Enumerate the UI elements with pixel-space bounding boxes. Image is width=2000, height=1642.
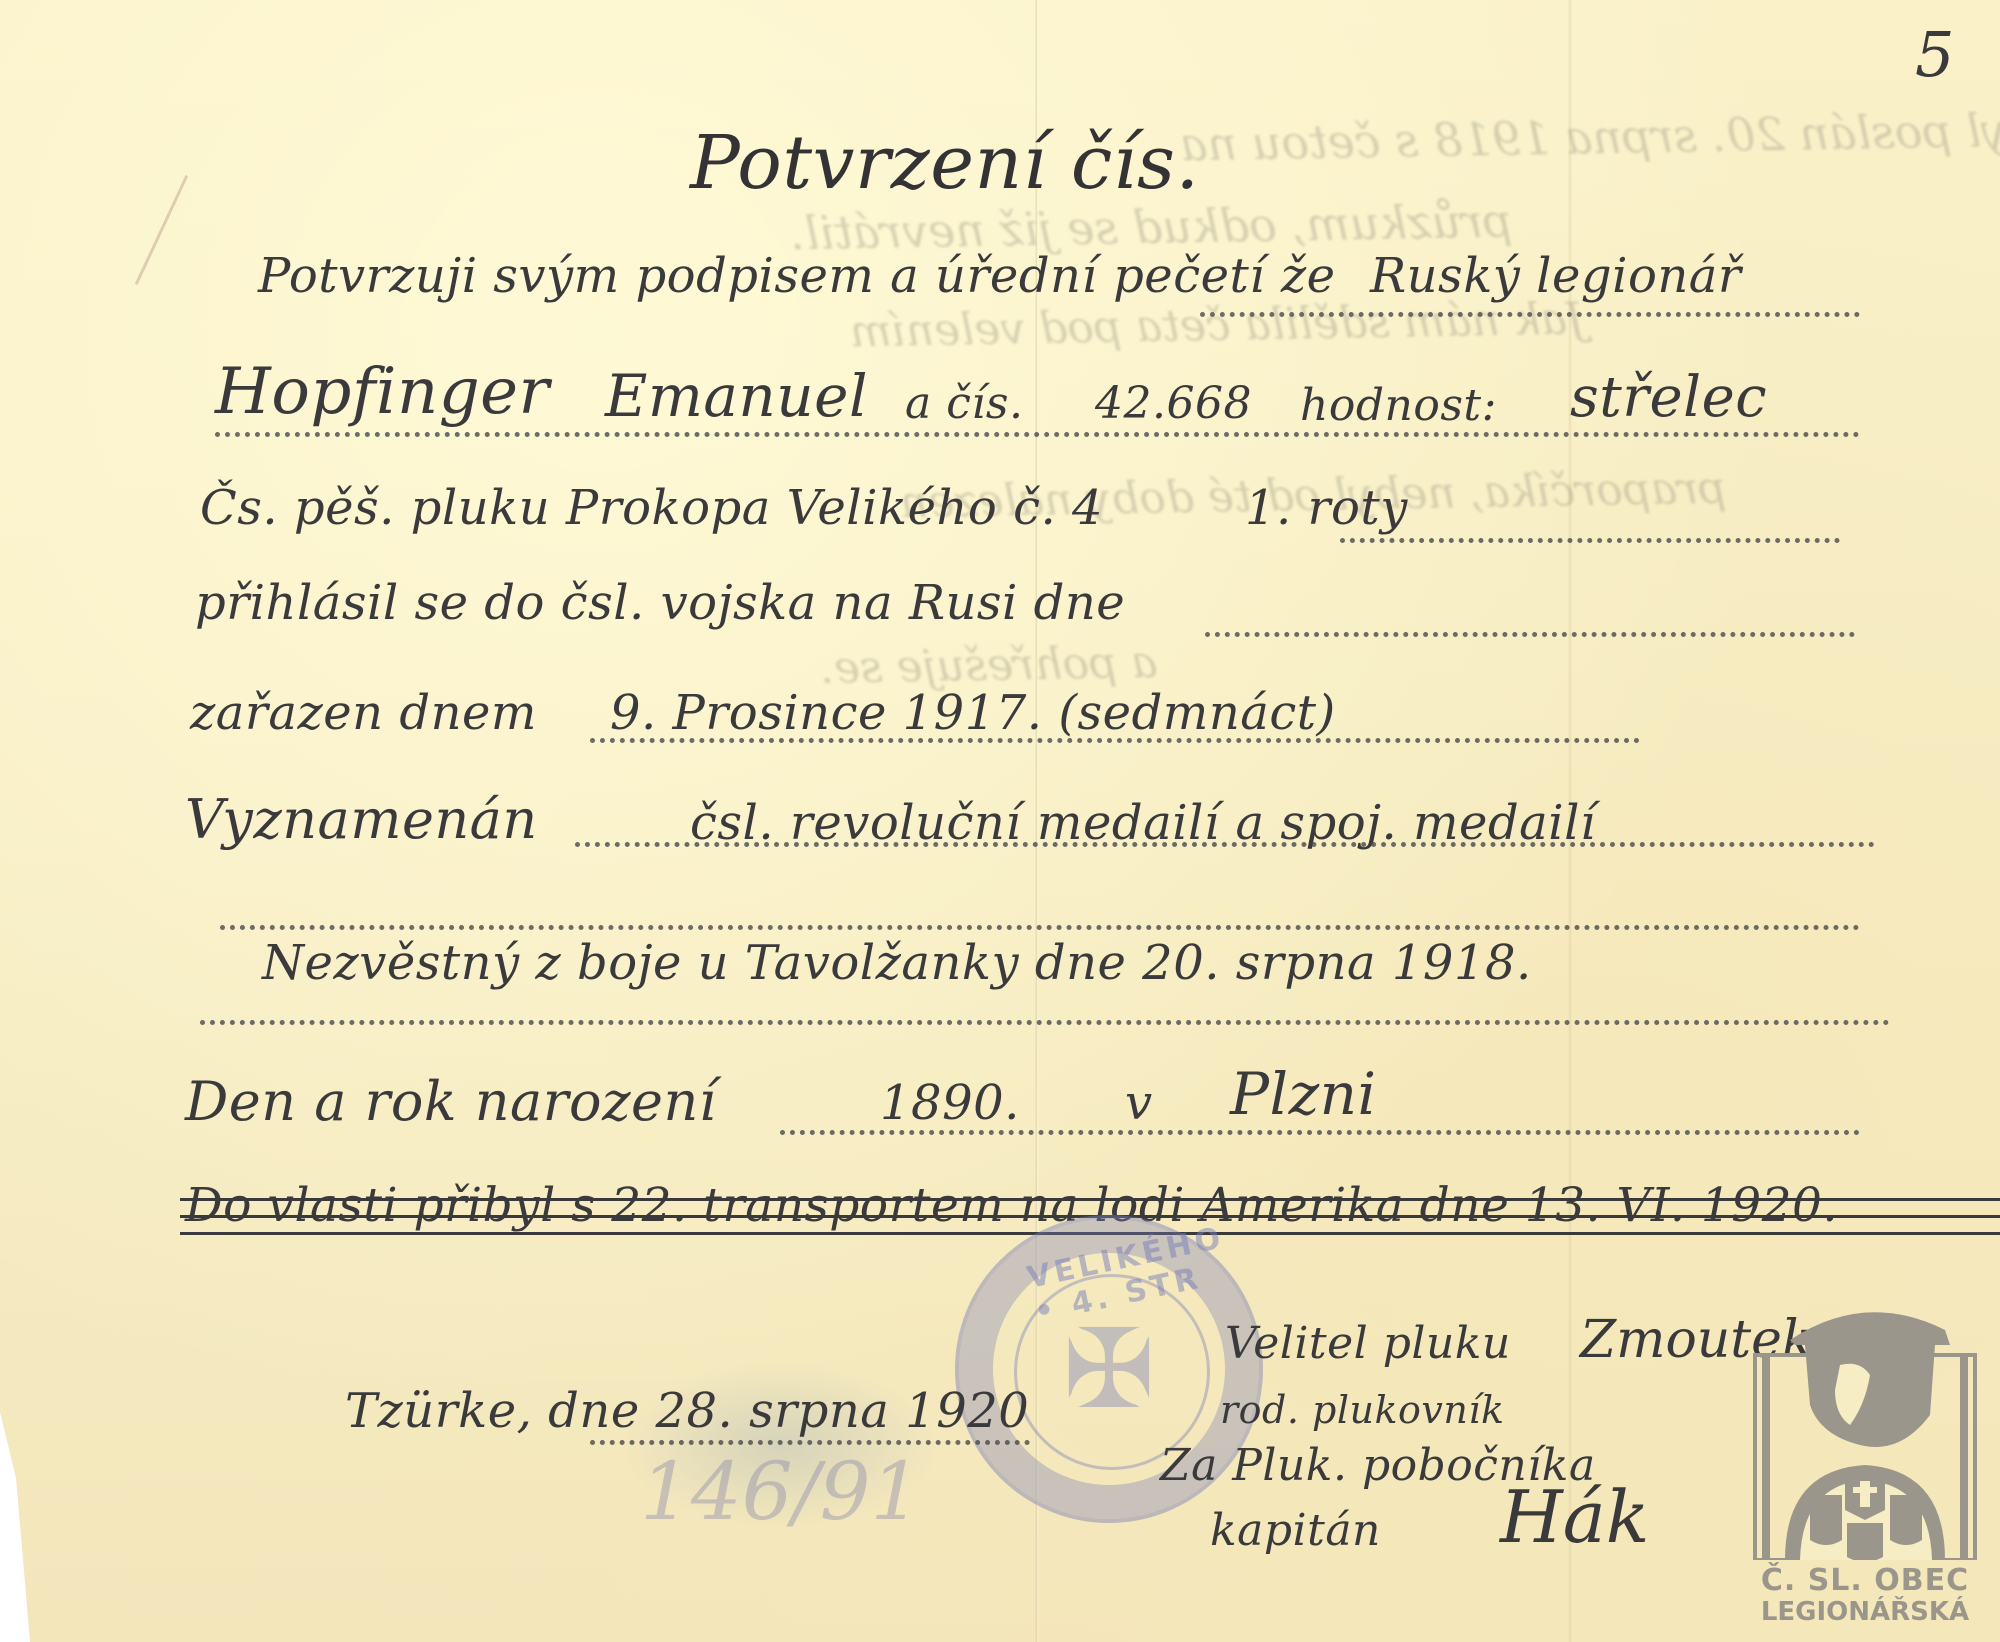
legion-watermark-logo: Č. SL. OBEC LEGIONÁŘSKÁ bbox=[1750, 1295, 1980, 1635]
unit-value: Čs. pěš. pluku Prokopa Velikého č. 4 bbox=[200, 480, 1103, 536]
dotted-fill-line bbox=[590, 1440, 1030, 1445]
number-label: a čís. bbox=[905, 378, 1024, 429]
dotted-fill-line bbox=[780, 1130, 1860, 1135]
rank-label: hodnost: bbox=[1300, 380, 1497, 431]
adjutant-rank: kapitán bbox=[1210, 1505, 1381, 1556]
assigned-value: 9. Prosince 1917. (sedmnáct) bbox=[610, 685, 1336, 741]
pencil-annotation: 146/91 bbox=[640, 1445, 921, 1538]
dotted-fill-line bbox=[215, 432, 1860, 437]
enlisted-printed: přihlásil se do čsl. vojska na Rusi dne bbox=[195, 575, 1125, 631]
birth-place-prefix: v bbox=[1125, 1075, 1153, 1131]
given-name: Emanuel bbox=[605, 362, 868, 430]
logo-text-line2: LEGIONÁŘSKÁ bbox=[1750, 1597, 1980, 1627]
dotted-fill-line bbox=[1200, 312, 1860, 317]
commander-rank: rod. plukovník bbox=[1220, 1388, 1505, 1432]
eagle-emblem-icon: ✠ bbox=[1029, 1289, 1189, 1449]
place-and-date: Tzürke, dne 28. srpna 1920 bbox=[345, 1383, 1029, 1439]
strikethrough-line bbox=[180, 1198, 2000, 1201]
intro-printed: Potvrzuji svým podpisem a úřední pečetí … bbox=[258, 248, 1336, 304]
intro-filled: Ruský legionář bbox=[1370, 248, 1741, 304]
logo-text-line1: Č. SL. OBEC bbox=[1750, 1563, 1980, 1598]
dotted-fill-line bbox=[1340, 538, 1840, 543]
dotted-fill-line bbox=[590, 738, 1640, 743]
status-value: Nezvěstný z boje u Tavolžanky dne 20. sr… bbox=[262, 935, 1532, 991]
surname: Hopfinger bbox=[215, 355, 550, 429]
decorated-printed: Vyznamenán bbox=[185, 788, 538, 851]
dotted-fill-line bbox=[1205, 632, 1855, 637]
assigned-printed: zařazen dnem bbox=[190, 685, 537, 741]
commander-title: Velitel pluku bbox=[1225, 1318, 1511, 1369]
page-number: 5 bbox=[1915, 18, 1954, 91]
dotted-fill-line bbox=[575, 842, 1875, 847]
document-title: Potvrzení čís. bbox=[690, 120, 1200, 206]
dotted-fill-line bbox=[220, 925, 1860, 930]
adjutant-signature: Hák bbox=[1500, 1475, 1649, 1559]
birth-year: 1890. bbox=[880, 1075, 1020, 1131]
return-line-struck: Do vlasti přibyl s 22. transportem na lo… bbox=[185, 1178, 1838, 1233]
soldier-helmet-icon bbox=[1750, 1295, 1980, 1560]
rank-value: střelec bbox=[1570, 365, 1767, 430]
company-value: 1. roty bbox=[1245, 480, 1408, 536]
dotted-fill-line bbox=[200, 1020, 1890, 1025]
birth-printed: Den a rok narození bbox=[185, 1070, 717, 1133]
legionnaire-number: 42.668 bbox=[1095, 378, 1252, 429]
birth-place: Plzni bbox=[1230, 1060, 1377, 1128]
